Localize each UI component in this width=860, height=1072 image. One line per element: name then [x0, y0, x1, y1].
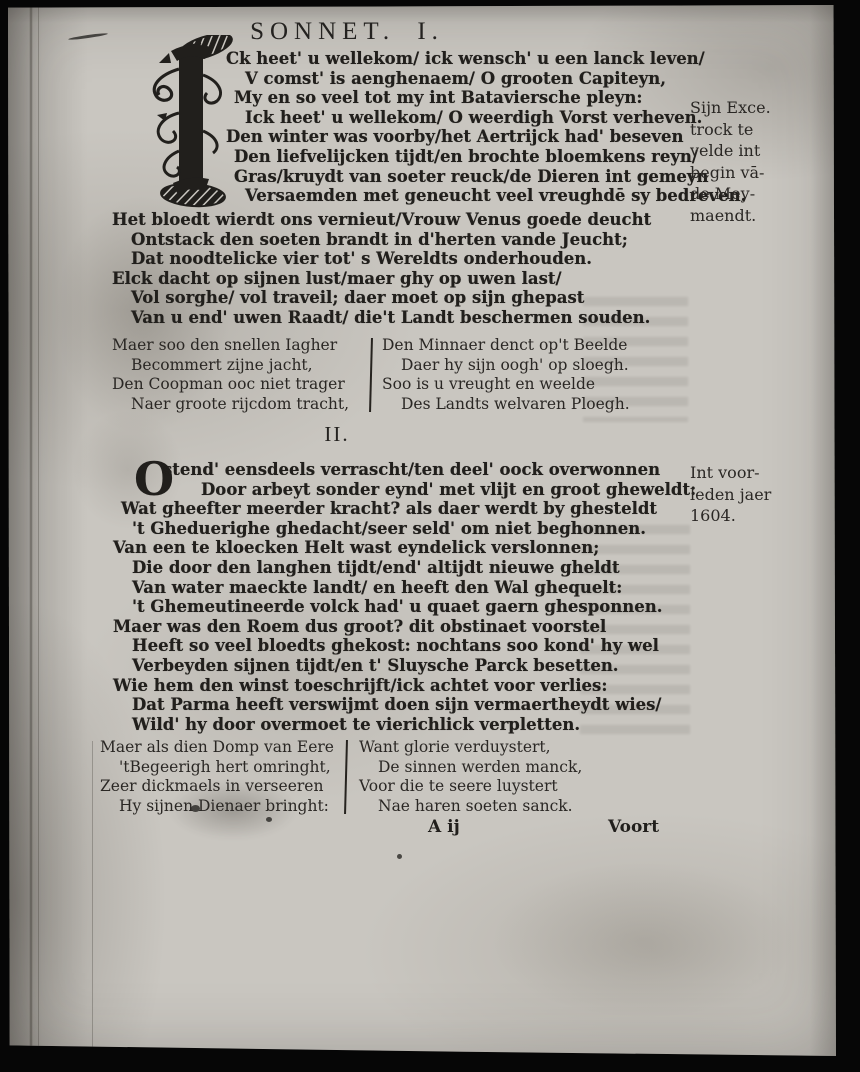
- poem-line: Voor die te seere luystert: [359, 777, 582, 797]
- poem-line: De sinnen werden manck,: [378, 758, 582, 778]
- gutter-crease: [30, 5, 32, 1057]
- poem-line: Den winter was voorby/het Aertrijck had'…: [226, 127, 746, 147]
- gutter-crease-2: [38, 5, 39, 1057]
- poem-line: Ick heet' u wellekom/ O weerdigh Vorst v…: [245, 108, 746, 128]
- gutter-crease-3: [92, 741, 93, 1057]
- poem-line: My en so veel tot my int Bataviersche pl…: [234, 88, 746, 108]
- poem-line: Want glorie verduystert,: [359, 738, 582, 758]
- poem-line: Wat gheefter meerder kracht? als daer we…: [121, 499, 696, 519]
- poem-line: Elck dacht op sijnen lust/maer ghy op uw…: [112, 269, 651, 289]
- poem-line: Van een te kloecken Helt wast eyndelick …: [113, 538, 696, 558]
- page-title: SONNET. I.: [8, 18, 686, 46]
- margin-note-line: velde int: [690, 140, 771, 162]
- sonnet1-columns: Maer soo den snellen IagherBecommert zij…: [112, 336, 630, 414]
- scanned-book-photo: SONNET. I.: [0, 0, 860, 1072]
- poem-line: Den Coopman ooc niet trager: [112, 375, 370, 395]
- sonnet2-left-column: Maer als dien Domp van Eere'tBegeerigh h…: [100, 738, 345, 816]
- poem-line: Gras/kruydt van soeter reuck/de Dieren i…: [234, 167, 746, 187]
- poem-line: Den liefvelijcken tijdt/en brochte bloem…: [234, 147, 746, 167]
- sonnet2-columns: Maer als dien Domp van Eere'tBegeerigh h…: [100, 738, 582, 816]
- poem-line: Zeer dickmaels in verseeren: [100, 777, 345, 797]
- margin-note-line: 1604.: [690, 505, 771, 527]
- margin-note-line: de Mey-: [690, 183, 771, 205]
- poem-line: stend' eensdeels verrascht/ten deel' ooc…: [163, 460, 696, 480]
- sonnet1-left-column: Maer soo den snellen IagherBecommert zij…: [112, 336, 370, 414]
- poem-line: Maer als dien Domp van Eere: [100, 738, 345, 758]
- poem-line: Ck heet' u wellekom/ ick wensch' u een l…: [226, 49, 746, 69]
- margin-note-line: leden jaer: [690, 484, 771, 506]
- poem-line: V comst' is aenghenaem/ O grooten Capite…: [245, 69, 746, 89]
- catchword: Voort: [608, 817, 659, 837]
- sonnet1-right-column: Den Minnaer denct op't BeeldeDaer hy sij…: [382, 336, 630, 414]
- margin-note-2: Int voor-leden jaer1604.: [690, 462, 771, 527]
- poem-line: Heeft so veel bloedts ghekost: nochtans …: [132, 636, 696, 656]
- margin-note-line: maendt.: [690, 205, 771, 227]
- margin-note-line: trock te: [690, 119, 771, 141]
- poem-line: 't Gheduerighe ghedacht/seer seld' om ni…: [132, 519, 696, 539]
- poem-line: Ontstack den soeten brandt in d'herten v…: [131, 230, 651, 250]
- poem-line: Wie hem den winst toeschrijft/ick achtet…: [113, 676, 696, 696]
- poem-line: Des Landts welvaren Ploegh.: [401, 395, 630, 415]
- sonnet1-block: Het bloedt wierdt ons vernieut/Vrouw Ven…: [112, 210, 651, 328]
- poem-line: Het bloedt wierdt ons vernieut/Vrouw Ven…: [112, 210, 651, 230]
- poem-line: Hy sijnen Dienaer bringht:: [119, 797, 345, 817]
- margin-note-line: Sijn Exce.: [690, 97, 771, 119]
- poem-line: Naer groote rijcdom tracht,: [131, 395, 370, 415]
- poem-line: Becommert zijne jacht,: [131, 356, 370, 376]
- poem-line: Van u end' uwen Raadt/ die't Landt besch…: [131, 308, 651, 328]
- margin-note-line: begin vā-: [690, 162, 771, 184]
- signature-mark: A ij: [428, 817, 460, 837]
- poem-line: Vol sorghe/ vol traveil; daer moet op si…: [131, 288, 651, 308]
- sonnet2-heading: II.: [8, 422, 666, 447]
- poem-line: Versaemden met geneucht veel vreughdē sy…: [245, 186, 746, 206]
- margin-note-1: Sijn Exce.trock tevelde intbegin vā-de M…: [690, 97, 771, 226]
- poem-line: Maer soo den snellen Iagher: [112, 336, 370, 356]
- poem-line: Dat Parma heeft verswijmt doen sijn verm…: [132, 695, 696, 715]
- woodcut-initial-I-icon: [135, 35, 233, 211]
- sonnet2-right-column: Want glorie verduystert,De sinnen werden…: [359, 738, 582, 816]
- poem-line: Door arbeyt sonder eynd' met vlijt en gr…: [201, 480, 696, 500]
- sonnet1-indented-block: Ck heet' u wellekom/ ick wensch' u een l…: [226, 49, 746, 206]
- poem-line: Van water maeckte landt/ en heeft den Wa…: [132, 578, 696, 598]
- poem-line: Nae haren soeten sanck.: [378, 797, 582, 817]
- poem-line: Verbeyden sijnen tijdt/en t' Sluysche Pa…: [132, 656, 696, 676]
- book-page: SONNET. I.: [8, 5, 836, 1057]
- poem-line: Maer was den Roem dus groot? dit obstina…: [113, 617, 696, 637]
- speck: [397, 854, 402, 859]
- sonnet2-block: stend' eensdeels verrascht/ten deel' ooc…: [113, 460, 696, 734]
- speck: [266, 817, 272, 822]
- poem-line: 'tBegeerigh hert omringht,: [119, 758, 345, 778]
- poem-line: Die door den langhen tijdt/end' altijdt …: [132, 558, 696, 578]
- poem-line: Daer hy sijn oogh' op sloegh.: [401, 356, 630, 376]
- stain: [478, 855, 808, 1025]
- margin-note-line: Int voor-: [690, 462, 771, 484]
- poem-line: Wild' hy door overmoet te vierichlick ve…: [132, 715, 696, 735]
- poem-line: Soo is u vreught en weelde: [382, 375, 630, 395]
- poem-line: Dat noodtelicke vier tot' s Wereldts ond…: [131, 249, 651, 269]
- poem-line: 't Ghemeutineerde volck had' u quaet gae…: [132, 597, 696, 617]
- poem-line: Den Minnaer denct op't Beelde: [382, 336, 630, 356]
